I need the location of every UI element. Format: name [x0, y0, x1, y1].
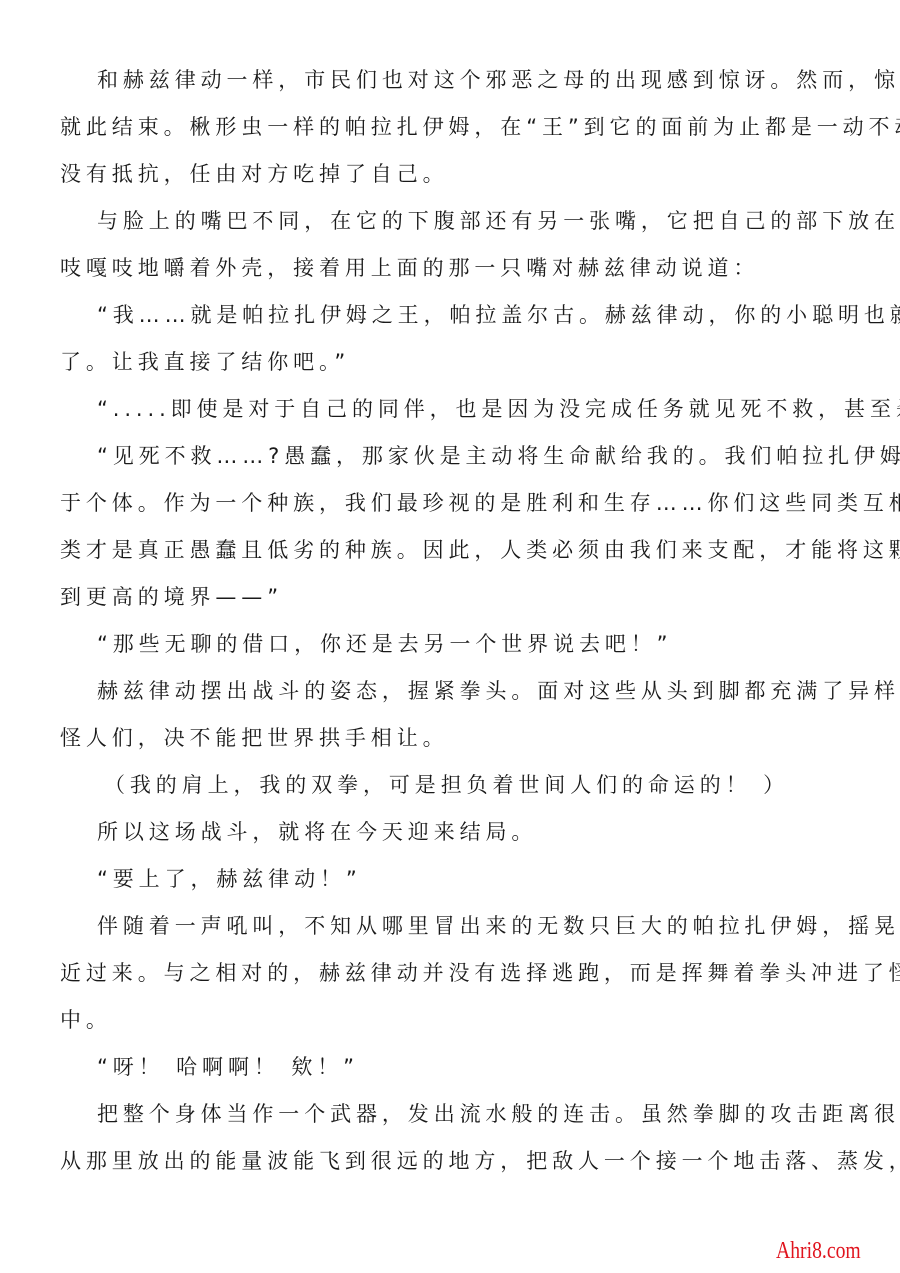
- text-line: （我的肩上，我的双拳，可是担负着世间人们的命运的！ ）: [104, 772, 789, 798]
- watermark-link[interactable]: Ahri8.com: [776, 1238, 861, 1265]
- text-line: “.....即使是对于自己的同伴，也是因为没完成任务就见死不救，甚至杀掉它吗？”: [97, 396, 900, 422]
- text-line: 与脸上的嘴巴不同，在它的下腹部还有另一张嘴，它把自己的部下放在其中，嘎: [97, 208, 900, 234]
- text-line: 就此结束。楸形虫一样的帕拉扎伊姆，在“王”到它的面前为止都是一动不动的，完全: [60, 114, 900, 140]
- text-line: 吱嘎吱地嚼着外壳，接着用上面的那一只嘴对赫兹律动说道：: [60, 255, 759, 281]
- text-line: 赫兹律动摆出战斗的姿态，握紧拳头。面对这些从头到脚都充满了异样的存在的: [97, 678, 900, 704]
- text-line: 类才是真正愚蠢且低劣的种族。因此，人类必须由我们来支配，才能将这颗星球引领: [60, 537, 900, 563]
- text-line: 伴随着一声吼叫，不知从哪里冒出来的无数只巨大的帕拉扎伊姆，摇晃着身体迫: [97, 913, 900, 939]
- text-line: 怪人们，决不能把世界拱手相让。: [60, 725, 449, 751]
- text-line: “要上了，赫兹律动！”: [97, 866, 362, 892]
- text-line: 到更高的境界——”: [60, 584, 283, 610]
- text-line: 于个体。作为一个种族，我们最珍视的是胜利和生存……你们这些同类互相残杀的人: [60, 490, 900, 516]
- text-line: 把整个身体当作一个武器，发出流水般的连击。虽然拳脚的攻击距离很短，但是: [97, 1101, 900, 1127]
- text-line: 没有抵抗，任由对方吃掉了自己。: [60, 161, 449, 187]
- text-line: “我……就是帕拉扎伊姆之王，帕拉盖尔古。赫兹律动，你的小聪明也就到此为止: [97, 302, 900, 328]
- text-line: 所以这场战斗，就将在今天迎来结局。: [97, 819, 537, 845]
- text-line: 了。让我直接了结你吧。”: [60, 349, 350, 375]
- document-page: 和赫兹律动一样，市民们也对这个邪恶之母的出现感到惊讶。然而，惊讶并没有 就此结束…: [0, 0, 900, 1273]
- text-line: 中。: [60, 1007, 112, 1033]
- text-line: 和赫兹律动一样，市民们也对这个邪恶之母的出现感到惊讶。然而，惊讶并没有: [97, 67, 900, 93]
- text-line: “见死不救……?愚蠢，那家伙是主动将生命献给我的。我们帕拉扎伊姆崇尚整体高: [97, 443, 900, 469]
- text-line: “那些无聊的借口，你还是去另一个世界说去吧！”: [97, 631, 672, 657]
- text-line: 从那里放出的能量波能飞到很远的地方，把敌人一个接一个地击落、蒸发，然后葬: [60, 1148, 900, 1174]
- text-line: 近过来。与之相对的，赫兹律动并没有选择逃跑，而是挥舞着拳头冲进了怪兽群之: [60, 960, 900, 986]
- text-line: “呀！ 哈啊啊！ 欸！”: [97, 1054, 359, 1080]
